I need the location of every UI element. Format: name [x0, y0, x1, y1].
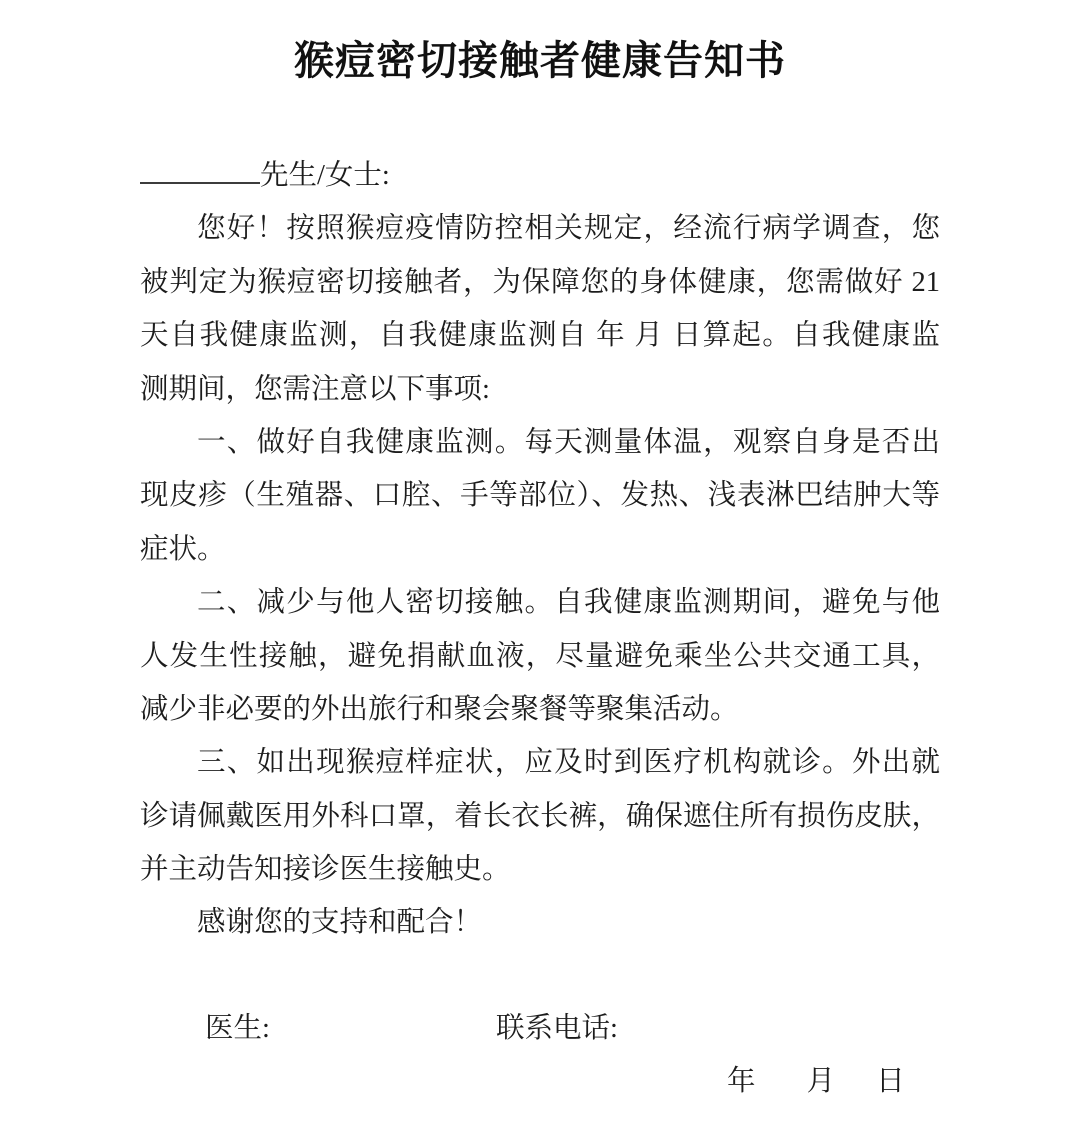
text-line: 人发生性接触，避免捐献血液，尽量避免乘坐公共交通工具，: [140, 630, 940, 683]
month-label: 月: [807, 1066, 836, 1097]
text-line: 并主动告知接诊医生接触史。: [140, 843, 940, 896]
name-blank-underline: [140, 154, 260, 185]
year-label: 年: [727, 1066, 756, 1097]
text-line: 天自我健康监测，自我健康监测自 年 月 日算起。自我健康监: [140, 309, 940, 362]
text-line: 减少非必要的外出旅行和聚会聚餐等聚集活动。: [140, 683, 940, 736]
text-line: 测期间，您需注意以下事项:: [140, 363, 940, 416]
text-line: 诊请佩戴医用外科口罩，着长衣长裤，确保遮住所有损伤皮肤，: [140, 790, 940, 843]
document-title: 猴痘密切接触者健康告知书: [140, 0, 940, 86]
salutation-line: 先生/女士:: [140, 149, 940, 202]
body-lines: 您好！按照猴痘疫情防控相关规定，经流行病学调查，您被判定为猴痘密切接触者，为保障…: [140, 202, 940, 949]
document-page: 猴痘密切接触者健康告知书 先生/女士: 您好！按照猴痘疫情防控相关规定，经流行病…: [0, 0, 1080, 1109]
salutation-label: 先生/女士:: [260, 160, 390, 191]
text-line: 一、做好自我健康监测。每天测量体温，观察自身是否出: [140, 416, 940, 469]
text-line: 被判定为猴痘密切接触者，为保障您的身体健康，您需做好 21: [140, 256, 940, 309]
doctor-label: 医生:: [205, 1013, 270, 1044]
text-line: 症状。: [140, 523, 940, 576]
text-line: 二、减少与他人密切接触。自我健康监测期间，避免与他: [140, 576, 940, 629]
text-line: 三、如出现猴痘样症状，应及时到医疗机构就诊。外出就: [140, 736, 940, 789]
text-line: 现皮疹（生殖器、口腔、手等部位）、发热、浅表淋巴结肿大等: [140, 469, 940, 522]
text-line: 感谢您的支持和配合！: [140, 896, 940, 949]
phone-label: 联系电话:: [496, 1013, 618, 1044]
day-label: 日: [876, 1066, 905, 1097]
date-line: 年 月 日: [140, 1055, 940, 1108]
text-line: 您好！按照猴痘疫情防控相关规定，经流行病学调查，您: [140, 202, 940, 255]
signature-line: 医生: 联系电话:: [140, 1002, 940, 1055]
